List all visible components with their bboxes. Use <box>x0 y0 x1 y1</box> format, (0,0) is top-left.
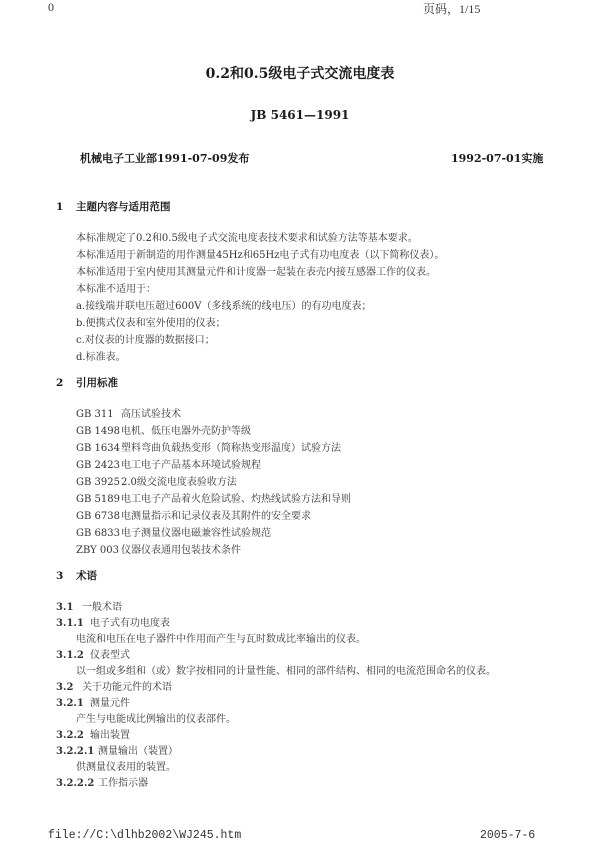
section-number: 3 <box>56 570 76 582</box>
term-heading: 3.2.2.1测量输出（装置） <box>56 742 178 757</box>
reference-item: GB 5189电工电子产品着火危险试验、灼热线试验方法和导则 <box>76 490 351 505</box>
reference-item: GB 2423电工电子产品基本环境试验规程 <box>76 456 261 471</box>
file-path: file://C:\dlhb2002\WJ245.htm <box>48 829 241 842</box>
section-number: 1 <box>56 201 76 213</box>
list-item: c.对仪表的计度器的数据接口； <box>76 331 215 346</box>
term-heading: 3.2.1测量元件 <box>56 694 130 709</box>
print-date: 2005-7-6 <box>480 829 535 842</box>
section-2-heading: 2引用标准 <box>56 375 118 390</box>
section-number: 2 <box>56 377 76 389</box>
paragraph: 本标准适用于室内使用其测量元件和计度器一起装在表壳内接互感器工作的仪表。 <box>76 263 436 278</box>
reference-item: GB 311高压试验技术 <box>76 405 181 420</box>
section-1-heading: 1主题内容与适用范围 <box>56 199 171 214</box>
term-definition: 产生与电能成比例输出的仪表部件。 <box>76 710 236 725</box>
term-definition: 供测量仪表用的装置。 <box>76 758 176 773</box>
term-heading: 3.2.2.2工作指示器 <box>56 774 148 789</box>
paragraph: 本标准适用于新制造的用作测量45Hz和65Hz电子式有功电度表（以下简称仪表）。 <box>76 246 444 261</box>
term-definition: 电流和电压在电子器件中作用而产生与瓦时数成比率输出的仪表。 <box>76 630 366 645</box>
standard-code: JB 5461—1991 <box>0 108 600 122</box>
section-3-heading: 3术语 <box>56 568 97 583</box>
list-item: a.接线端并联电压超过600V（多线系统的线电压）的有功电度表； <box>76 297 371 312</box>
section-title: 主题内容与适用范围 <box>76 201 171 213</box>
term-heading: 3.1一般术语 <box>56 598 122 613</box>
term-heading: 3.2.2输出装置 <box>56 726 130 741</box>
page-number: 页码，1/15 <box>423 0 480 17</box>
reference-item: ZBY 003仪器仪表通用包装技术条件 <box>76 541 241 556</box>
paragraph: 本标准规定了0.2和0.5级电子式交流电度表技术要求和试验方法等基本要求。 <box>76 229 418 244</box>
list-item: b.便携式仪表和室外使用的仪表； <box>76 314 226 329</box>
reference-item: GB 6738电测量指示和记录仪表及其附件的安全要求 <box>76 507 311 522</box>
reference-item: GB 1634塑料弯曲负载热变形（简称热变形温度）试验方法 <box>76 439 341 454</box>
list-item: d.标准表。 <box>76 348 126 363</box>
section-title: 术语 <box>76 570 97 582</box>
page-header-left: 0 <box>48 0 54 15</box>
term-definition: 以一组或多组和（或）数字按相同的计量性能、相同的部件结构、相同的电流范围命名的仪… <box>76 662 496 677</box>
term-heading: 3.2关于功能元件的术语 <box>56 678 172 693</box>
reference-item: GB 1498电机、低压电器外壳防护等级 <box>76 422 251 437</box>
reference-item: GB 39252.0级交流电度表验收方法 <box>76 473 237 488</box>
issue-info: 机械电子工业部1991-07-09发布 <box>80 150 249 166</box>
term-heading: 3.1.1电子式有功电度表 <box>56 614 170 629</box>
reference-item: GB 6833电子测量仪器电磁兼容性试验规范 <box>76 524 271 539</box>
section-title: 引用标准 <box>76 377 118 389</box>
paragraph: 本标准不适用于： <box>76 280 156 295</box>
document-title: 0.2和0.5级电子式交流电度表 <box>0 63 600 83</box>
term-heading: 3.1.2仪表型式 <box>56 646 130 661</box>
effective-date: 1992-07-01实施 <box>451 150 543 166</box>
